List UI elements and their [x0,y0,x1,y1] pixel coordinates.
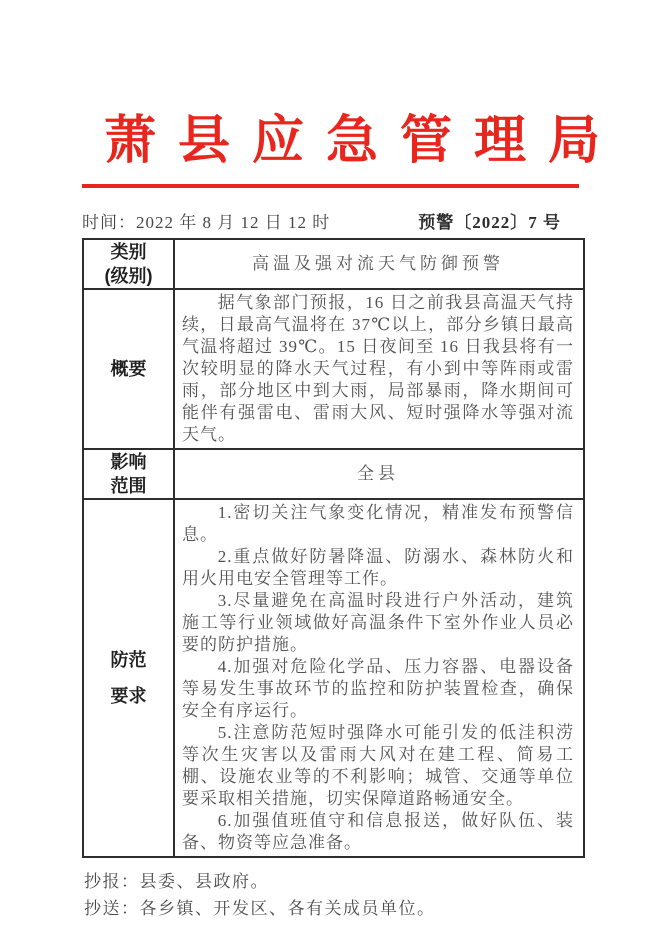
table-row-summary: 概要 据气象部门预报，16 日之前我县高温天气持续，日最高气温将在 37℃以上，… [83,289,584,449]
meta-row: 时间：2022 年 8 月 12 日 12 时 预警〔2022〕7 号 [82,208,585,233]
scope-content: 全县 [174,449,584,499]
copy-report-line: 抄报：县委、县政府。 [84,868,656,895]
issue-time: 时间：2022 年 8 月 12 日 12 时 [82,208,330,233]
summary-label: 概要 [83,289,174,449]
scope-label-line1: 影响 [84,450,173,474]
table-row-category: 类别 (级别) 高温及强对流天气防御预警 [83,239,584,289]
summary-paragraph: 据气象部门预报，16 日之前我县高温天气持续，日最高气温将在 37℃以上，部分乡… [182,292,574,446]
measures-content: 1.密切关注气象变化情况，精准发布预警信息。 2.重点做好防暑降温、防溺水、森林… [174,499,584,857]
measure-item: 6.加强值班值守和信息报送，做好队伍、装备、物资等应急准备。 [182,810,574,854]
measures-label-line1: 防范 [84,648,173,672]
copy-send-line: 抄送：各乡镇、开发区、各有关成员单位。 [84,895,656,922]
measure-item: 2.重点做好防暑降温、防溺水、森林防火和用火用电安全管理等工作。 [182,546,574,590]
measure-item: 4.加强对危险化学品、压力容器、电器设备等易发生事故环节的监控和防护装置检查，确… [182,656,574,722]
category-label-line2: (级别) [84,264,173,288]
scope-label: 影响 范围 [83,449,174,499]
warning-table: 类别 (级别) 高温及强对流天气防御预警 概要 据气象部门预报，16 日之前我县… [82,238,585,858]
doc-number: 预警〔2022〕7 号 [418,208,585,233]
category-label: 类别 (级别) [83,239,174,289]
document-page: 萧县应急管理局 时间：2022 年 8 月 12 日 12 时 预警〔2022〕… [0,0,656,934]
measure-item: 5.注意防范短时强降水可能引发的低洼积涝等次生灾害以及雷雨大风对在建工程、简易工… [182,722,574,810]
category-content: 高温及强对流天气防御预警 [174,239,584,289]
category-label-line1: 类别 [84,240,173,264]
summary-content: 据气象部门预报，16 日之前我县高温天气持续，日最高气温将在 37℃以上，部分乡… [174,289,584,449]
measures-label: 防范 要求 [83,499,174,857]
measure-item: 3.尽量避免在高温时段进行户外活动，建筑施工等行业领域做好高温条件下室外作业人员… [182,590,574,656]
measures-label-line2: 要求 [84,684,173,708]
agency-title: 萧县应急管理局 [82,112,585,172]
scope-label-line2: 范围 [84,474,173,498]
measure-item: 1.密切关注气象变化情况，精准发布预警信息。 [182,502,574,546]
red-divider [82,184,579,188]
table-row-measures: 防范 要求 1.密切关注气象变化情况，精准发布预警信息。 2.重点做好防暑降温、… [83,499,584,857]
footer-block: 抄报：县委、县政府。 抄送：各乡镇、开发区、各有关成员单位。 [84,868,656,922]
table-row-scope: 影响 范围 全县 [83,449,584,499]
